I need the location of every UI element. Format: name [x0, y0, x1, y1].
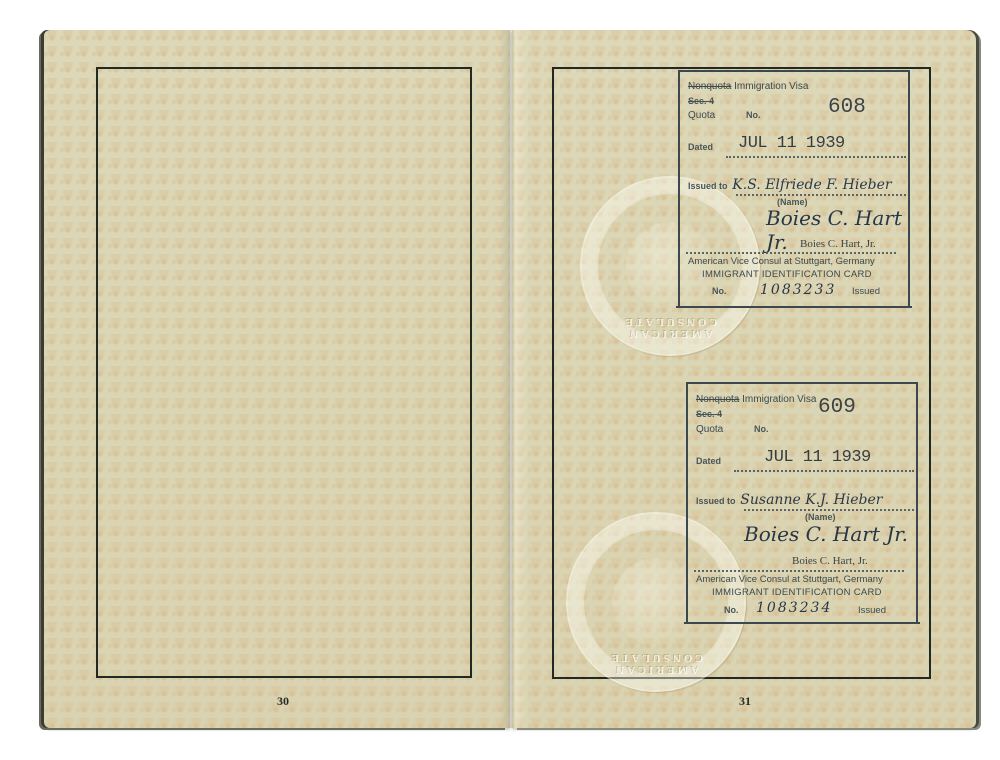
- stamp-date: JUL 11 1939: [738, 134, 845, 153]
- card-no-label: No.: [712, 286, 727, 296]
- name-label: (Name): [805, 512, 836, 522]
- right-page: AMERICAN CONSULATE AMERICAN CONSULATE No…: [512, 30, 976, 728]
- stamp-heading: Immigration Visa: [742, 394, 816, 405]
- dated-label: Dated: [696, 456, 721, 466]
- consul-signature: Boies C. Hart Jr.: [744, 522, 908, 546]
- card-no-label: No.: [724, 605, 739, 615]
- seal-text: AMERICAN CONSULATE: [568, 652, 744, 676]
- card-number: 1083233: [760, 282, 836, 298]
- consul-office: American Vice Consul at Stuttgart, Germa…: [696, 574, 883, 585]
- issued-to-name: K.S. Elfriede F. Hieber: [732, 177, 891, 193]
- quota-label: Quota: [696, 424, 723, 435]
- visa-stamp-609: Nonquota Immigration Visa Sec. 4 Quota N…: [686, 382, 918, 624]
- card-title: IMMIGRANT IDENTIFICATION CARD: [712, 587, 882, 598]
- stamp-heading: Immigration Visa: [734, 81, 808, 92]
- no-label: No.: [754, 424, 769, 434]
- visa-stamp-608: Nonquota Immigration Visa Sec. 4 Quota N…: [678, 70, 910, 308]
- issued-to-label: Issued to: [696, 496, 736, 506]
- consul-printed-name: Boies C. Hart, Jr.: [800, 238, 876, 250]
- quota-number: 608: [828, 96, 866, 119]
- issued-label: Issued: [852, 286, 880, 297]
- issued-to-label: Issued to: [688, 181, 728, 191]
- quota-label: Quota: [688, 110, 715, 121]
- stamp-date: JUL 11 1939: [764, 448, 871, 467]
- sec-struck: Sec. 4: [688, 96, 714, 106]
- seal-text: AMERICAN CONSULATE: [582, 316, 758, 340]
- consul-office: American Vice Consul at Stuttgart, Germa…: [688, 256, 875, 267]
- page-number-right: 31: [725, 694, 765, 709]
- heading-struck: Nonquota: [688, 81, 731, 92]
- issued-to-name: Susanne K.J. Hieber: [740, 492, 882, 508]
- left-page-frame: [96, 67, 472, 678]
- card-title: IMMIGRANT IDENTIFICATION CARD: [702, 269, 872, 280]
- consul-printed-name: Boies C. Hart, Jr.: [792, 555, 868, 567]
- page-number-left: 30: [263, 694, 303, 709]
- dated-label: Dated: [688, 142, 713, 152]
- card-number: 1083234: [756, 600, 832, 616]
- heading-struck: Nonquota: [696, 394, 739, 405]
- no-label: No.: [746, 110, 761, 120]
- issued-label: Issued: [858, 605, 886, 616]
- sec-struck: Sec. 4: [696, 409, 722, 419]
- left-page: 30: [44, 30, 510, 728]
- quota-number: 609: [818, 396, 856, 419]
